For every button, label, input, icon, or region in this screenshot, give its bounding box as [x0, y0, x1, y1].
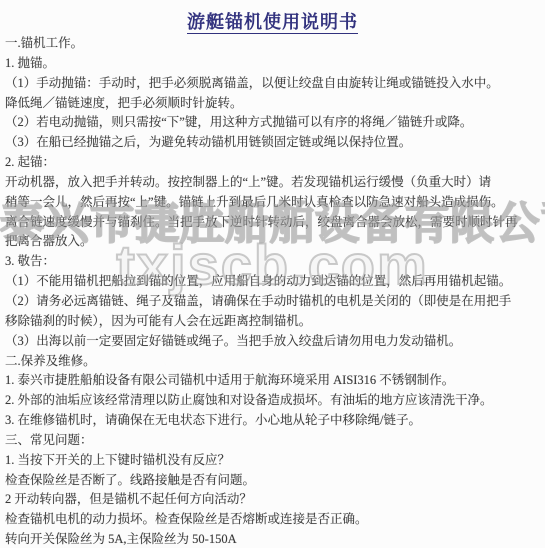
text-line: 开动机器，放入把手并转动。按控制器上的“上”键。若发现锚机运行缓慢（负重大时）请 [5, 173, 543, 193]
text-line: 检查锚机电机的动力损坏。检查保险丝是否熔断或连接是否正确。 [5, 510, 543, 530]
text-line: 2. 外部的油垢应该经常清理以防止腐蚀和对设备造成损坏。有油垢的地方应该清洗干净… [5, 391, 543, 411]
text-line: 转向开关保险丝为 5A,主保险丝为 50-150A [5, 530, 543, 548]
text-line: 把离合器放入。 [5, 232, 543, 252]
text-line: （2）请务必远离锚链、绳子及锚盖，请确保在手动时锚机的电机是关闭的（即使是在用把… [5, 292, 543, 312]
document-body: 一.锚机工作。 1. 抛锚。 （1）手动抛锚：手动时，把手必须脱离锚盖，以便让绞… [5, 34, 543, 548]
text-line: 移除锚刹的时候），因为可能有人会在远距离控制锚机。 [5, 312, 543, 332]
section-heading: 二.保养及维修。 [5, 352, 543, 372]
list-item-heading: 1. 抛锚。 [5, 54, 543, 74]
document-title-text: 游艇锚机使用说明书 [187, 12, 358, 34]
scanned-manual-page: 游艇锚机使用说明书 一.锚机工作。 1. 抛锚。 （1）手动抛锚：手动时，把手必… [0, 0, 545, 548]
list-item-heading: 3. 敬告： [5, 252, 543, 272]
text-line: 2 开动转向器，但是锚机不起任何方向活动？ [5, 490, 543, 510]
text-line: （3）出海以前一定要固定好锚链或绳子。当把手放入绞盘后请勿用电力发动锚机。 [5, 332, 543, 352]
text-line: 检查保险丝是否断了。线路接触是否有问题。 [5, 471, 543, 491]
text-line: （3）在船已经抛锚之后，为避免转动锚机用链锁固定链或绳以保持位置。 [5, 133, 543, 153]
text-line: 离合链速度缓慢并与锚刹住。当把手放下逆时针转动后，绞盘离合器会放松，需要时顺时针… [5, 213, 543, 233]
section-heading: 三、常见问题： [5, 431, 543, 451]
text-line: 1. 泰兴市捷胜船舶设备有限公司锚机中适用于航海环境采用 AISI316 不锈钢… [5, 371, 543, 391]
text-line: （2）若电动抛锚，则只需按“下”键，用这种方式抛锚可以有序的将绳／锚链升或降。 [5, 113, 543, 133]
text-line: 稍等一会儿，然后再按“上”键。锚链上升到最后几米时认真检查以防急速对船头造成损伤… [5, 193, 543, 213]
list-item-heading: 2. 起锚： [5, 153, 543, 173]
section-heading: 一.锚机工作。 [5, 34, 543, 54]
text-line: （1）不能用锚机把船拉到锚的位置，应用船自身的动力到达锚的位置，然后再用锚机起锚… [5, 272, 543, 292]
document-title: 游艇锚机使用说明书 [0, 8, 545, 34]
text-line: 1. 当按下开关的上下键时锚机没有反应？ [5, 451, 543, 471]
text-line: 3. 在维修锚机时，请确保在无电状态下进行。小心地从轮子中移除绳/链子。 [5, 411, 543, 431]
text-line: 降低绳／锚链速度，把手必须顺时针旋转。 [5, 94, 543, 114]
text-line: （1）手动抛锚：手动时，把手必须脱离锚盖，以便让绞盘自由旋转让绳或锚链投入水中。 [5, 74, 543, 94]
